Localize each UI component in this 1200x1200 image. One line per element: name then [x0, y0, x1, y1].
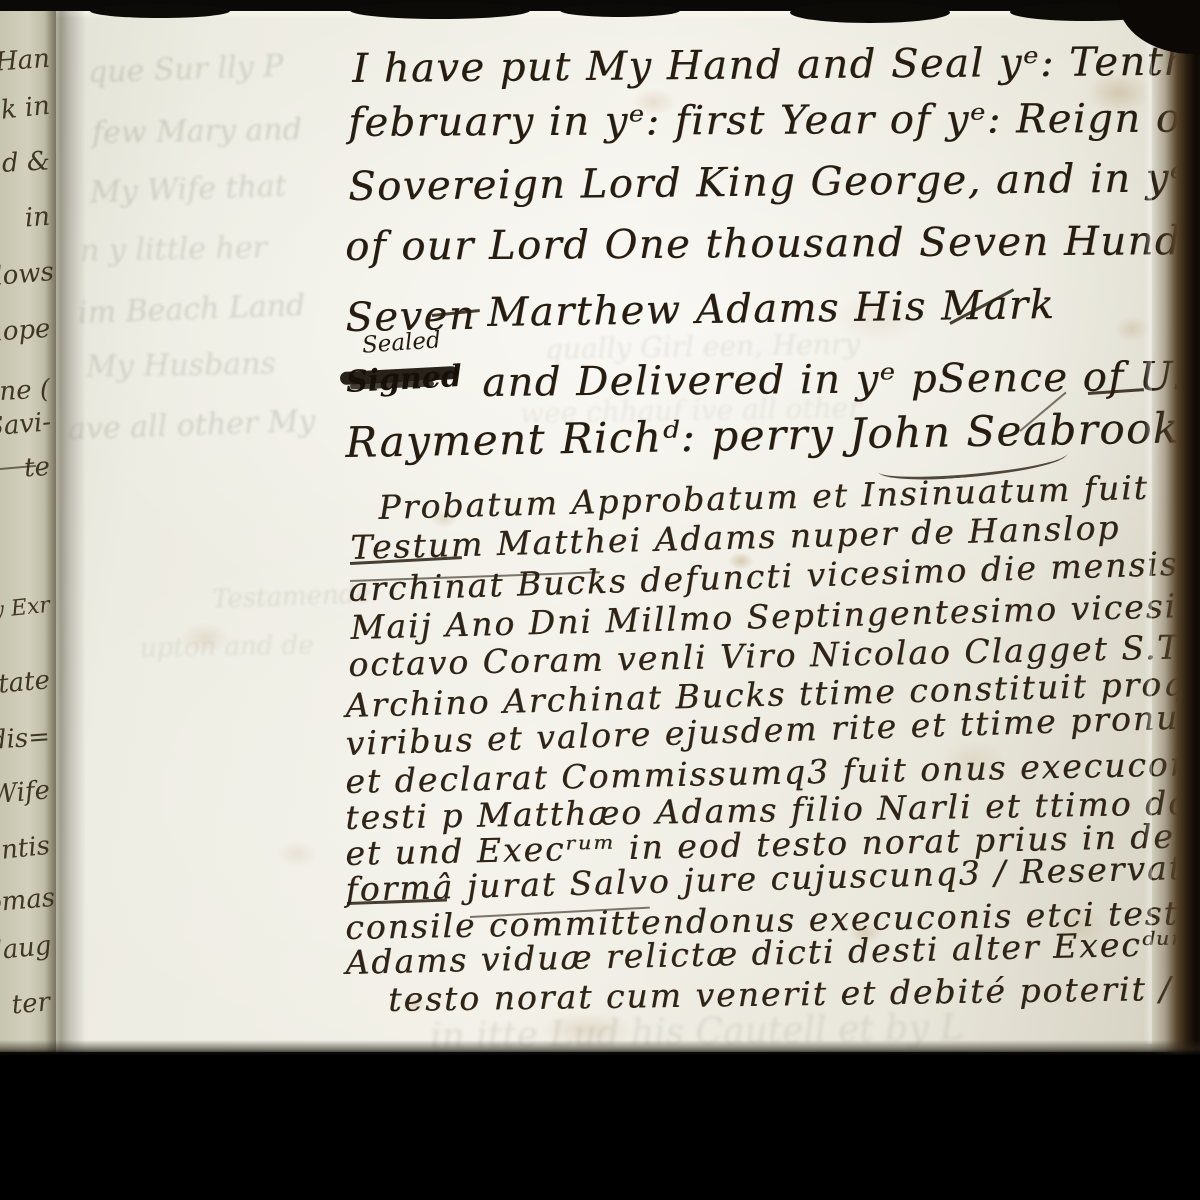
manuscript-line: february in yᵉ: first Year of yᵉ: Reign …	[348, 95, 1200, 146]
page-top-shadow-blob	[90, 4, 230, 18]
manuscript-line: and Delivered in yᵉ pSence of Us Ann	[482, 353, 1200, 406]
page-edge-fragment: Savi-	[0, 407, 51, 442]
page-edge-fragment: dis=	[0, 722, 51, 756]
page-edge-fragment: ne (	[0, 374, 51, 407]
bleedthrough-text: My Husbans	[86, 346, 276, 384]
book-binding-edge	[1150, 0, 1200, 1056]
bleedthrough-text: Testamende	[212, 579, 372, 615]
bleedthrough-text: n y little her	[80, 230, 268, 268]
page-edge-fragment: ter	[0, 987, 51, 1022]
bleedthrough-text: few Mary and	[92, 112, 303, 151]
foxing-stain	[276, 840, 318, 868]
foxing-stain	[180, 622, 230, 654]
inserted-word-sealed: Sealed	[361, 327, 441, 358]
page-edge-fragment: Han	[0, 44, 51, 78]
page-edge-fragment: omas	[0, 883, 51, 918]
page-edge-fragment: d &	[0, 146, 51, 179]
bleedthrough-text: My Wife that	[89, 169, 287, 211]
page-top-shadow-blob	[350, 2, 530, 19]
page-bottom-shadow	[0, 1040, 1200, 1056]
page-edge-fragment: hope	[0, 314, 51, 348]
document-photo: que Sur lly P few Mary and My Wife that …	[0, 0, 1200, 1200]
page-edge-fragment: Wife	[0, 775, 51, 810]
manuscript-line: Marthew Adams His Mark	[487, 282, 1056, 336]
bottom-frame-bar	[0, 1055, 1200, 1200]
page-edge-fragment: llows	[0, 257, 51, 292]
manuscript-line: Sovereign Lord King George, and in yᵉ: Y…	[348, 154, 1200, 210]
manuscript-line: I have put My Hand and Seal yᵉ: Tenth da…	[352, 37, 1200, 92]
page-edge-fragment: in	[0, 202, 51, 236]
manuscript-line: of our Lord One thousand Seven Hundred t…	[345, 217, 1200, 270]
bleedthrough-text: que Sur lly P	[87, 49, 284, 91]
page-top-shadow-blob	[560, 4, 680, 17]
page-top-shadow-blob	[790, 2, 950, 23]
page-edge-fragment: tate	[0, 665, 51, 700]
